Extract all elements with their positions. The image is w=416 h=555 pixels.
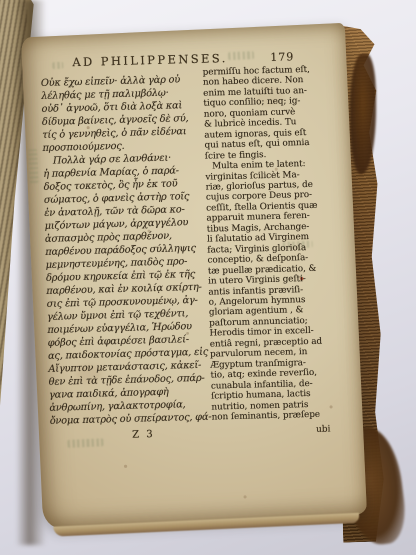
greek-paragraph-2: Πολλὰ γάρ σε λανθάνει·ἡ παρθενία Μαρίας,… <box>43 151 200 428</box>
page-content: AD PHILIPPENSES. 179 Οὐκ ἔχω εἰπεῖν· ἀλλ… <box>26 26 363 526</box>
page-number: 179 <box>270 50 294 64</box>
text-columns: Οὐκ ἔχω εἰπεῖν· ἀλλὰ γὰρ οὐλέληθάς με τῇ… <box>27 62 360 428</box>
greek-text-column: Οὐκ ἔχω εἰπεῖν· ἀλλὰ γὰρ οὐλέληθάς με τῇ… <box>41 73 200 428</box>
latin-text-column: permiſſu hoc factum eſt,non habeo dicere… <box>203 65 318 424</box>
latin-paragraph-2: Multa enim te latent:virginitas ſcilicèt… <box>205 159 318 423</box>
greek-text-line: ὄνομα πατρὸς οὐ σπείραντος, φά- <box>50 411 200 428</box>
latin-paragraph-1: permiſſu hoc factum eſt,non habeo dicere… <box>203 65 311 162</box>
latin-text-line: non ſeminantis, præſepe <box>212 410 318 423</box>
greek-paragraph-1: Οὐκ ἔχω εἰπεῖν· ἀλλὰ γὰρ οὐλέληθάς με τῇ… <box>41 73 193 155</box>
catchword: ubi <box>316 424 331 434</box>
signature-mark: Z 3 <box>132 429 155 441</box>
book-photo: AD PHILIPPENSES. 179 Οὐκ ἔχω εἰπεῖν· ἀλλ… <box>0 0 416 555</box>
page-footer: Z 3 ubi <box>50 424 346 446</box>
foxing-speckles <box>21 38 23 40</box>
book-page: AD PHILIPPENSES. 179 Οὐκ ἔχω εἰπεῖν· ἀλλ… <box>21 23 367 529</box>
